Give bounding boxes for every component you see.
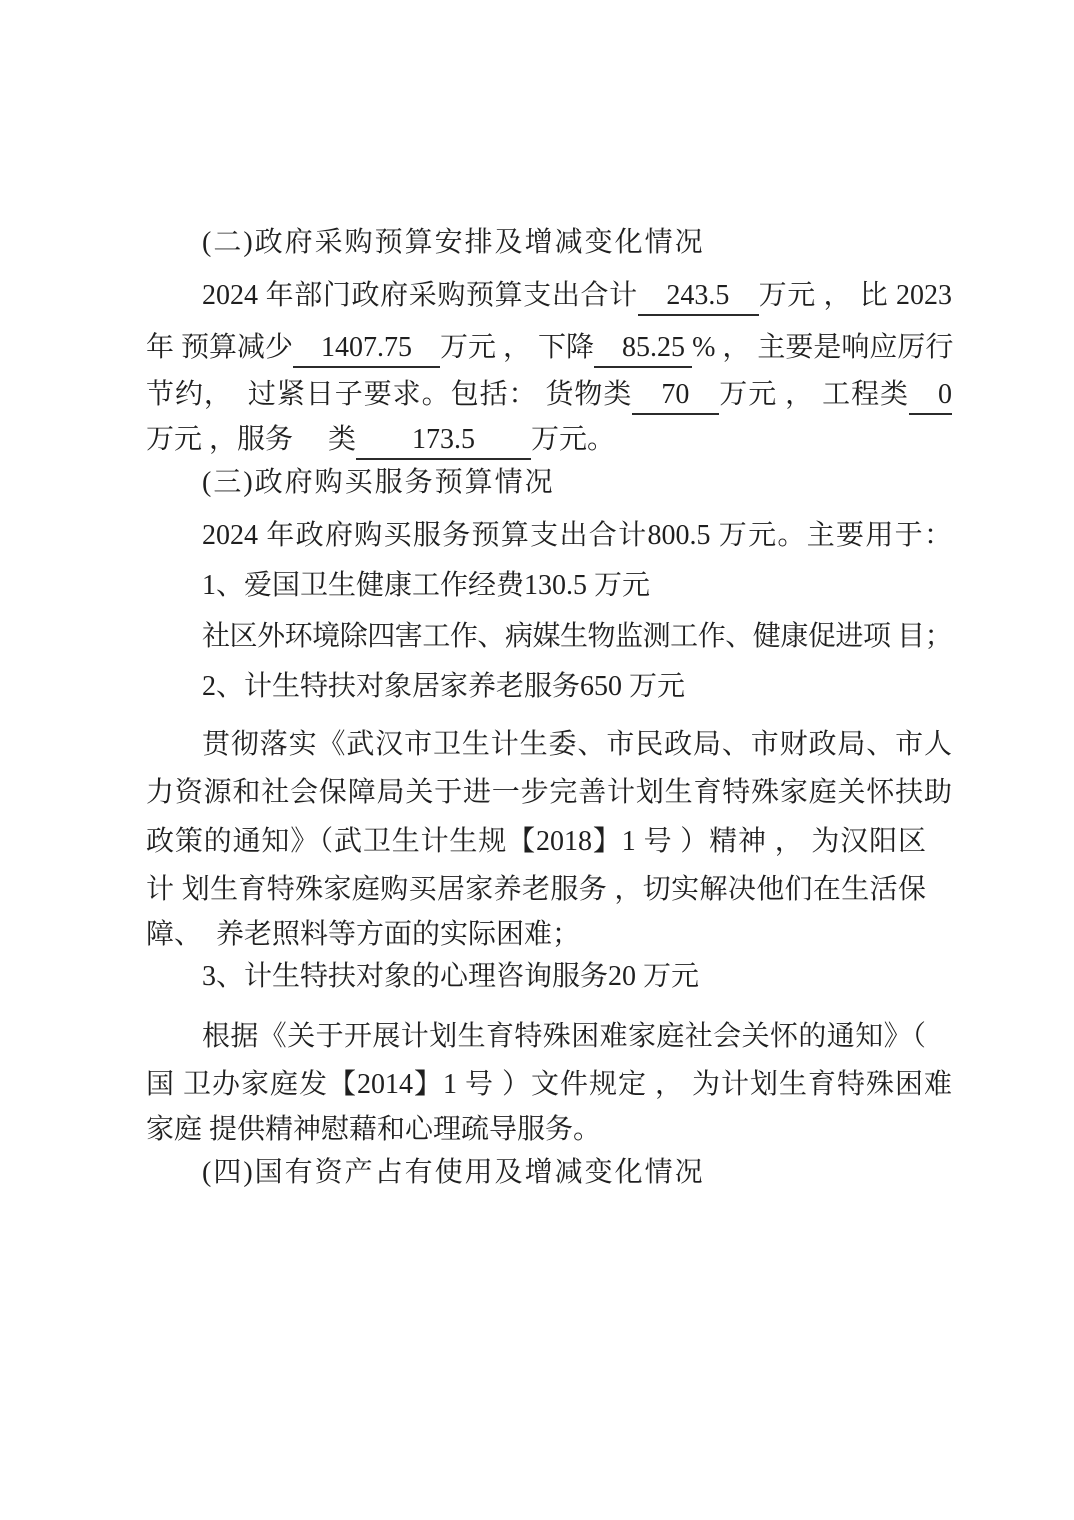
text-segment: 万元。: [531, 424, 615, 455]
text-segment: 万元 ，服务 类: [146, 424, 356, 455]
heading-text: (四)国有资产占有使用及增减变化情况: [202, 1157, 705, 1188]
document-page: (二)政府采购预算安排及增减变化情况 2024 年部门政府采购预算支出合计 24…: [0, 0, 1074, 1520]
list-item-2: 2、计生特扶对象居家养老服务650 万元: [146, 665, 952, 709]
paragraph-line-procurement-total: 2024 年部门政府采购预算支出合计 243.5 万元 ， 比 2023: [146, 274, 952, 318]
paragraph-line-services: 万元 ，服务 类 173.5 万元。: [146, 418, 952, 462]
paragraph-line-policy-3: 政策的通知》（武卫生计生规【2018】1 号 ）精神 ， 为汉阳区: [146, 820, 926, 864]
text-segment: 万元 ， 下降: [440, 332, 594, 363]
text-segment: 2、计生特扶对象居家养老服务650 万元: [202, 671, 685, 702]
underlined-value-procurement-total: 243.5: [638, 280, 759, 316]
text-segment: 2024 年政府购买服务预算支出合计800.5 万元。主要用于：: [202, 520, 952, 551]
heading-text: (三)政府购买服务预算情况: [202, 467, 555, 498]
text-segment: 家庭 提供精神慰藉和心理疏导服务。: [146, 1114, 601, 1145]
text-segment: 国 卫办家庭发【2014】1 号 ）文件规定 ， 为计划生育特殊困难: [146, 1069, 952, 1100]
text-segment: 节约， 过紧日子要求。包括： 货物类: [146, 379, 632, 410]
list-item-1: 1、爱国卫生健康工作经费130.5 万元: [146, 564, 952, 608]
text-segment: 3、计生特扶对象的心理咨询服务20 万元: [202, 961, 699, 992]
paragraph-line-policy-5: 障、 养老照料等方面的实际困难；: [146, 913, 952, 957]
underlined-value-engineering: 0: [909, 379, 952, 415]
section-heading-ii: (二)政府采购预算安排及增减变化情况: [146, 221, 952, 265]
paragraph-line-policy-1: 贯彻落实《武汉市卫生计生委、市民政局、市财政局、市人: [146, 723, 952, 767]
text-segment: 贯彻落实《武汉市卫生计生委、市民政局、市财政局、市人: [202, 729, 952, 760]
section-heading-iii: (三)政府购买服务预算情况: [146, 461, 952, 505]
paragraph-line-policy-4: 计 划生育特殊家庭购买居家养老服务 ，切实解决他们在生活保: [146, 868, 926, 912]
paragraph-line-goods-engineering: 节约， 过紧日子要求。包括： 货物类 70 万元 ， 工程类 0: [146, 373, 952, 417]
list-item-3: 3、计生特扶对象的心理咨询服务20 万元: [146, 955, 952, 999]
paragraph-line-notice-2: 国 卫办家庭发【2014】1 号 ）文件规定 ， 为计划生育特殊困难: [146, 1063, 952, 1107]
text-segment: 障、 养老照料等方面的实际困难；: [146, 919, 580, 950]
underlined-value-decrease-percent: 85.25: [594, 332, 692, 368]
text-segment: 政策的通知》（武卫生计生规【2018】1 号 ）精神 ， 为汉阳区: [146, 826, 926, 857]
section-heading-iv: (四)国有资产占有使用及增减变化情况: [146, 1151, 952, 1195]
paragraph-line-community-health: 社区外环境除四害工作、病媒生物监测工作、健康促进项 目；: [146, 615, 952, 659]
text-segment: 力资源和社会保障局关于进一步完善计划生育特殊家庭关怀扶助: [146, 777, 952, 808]
text-segment: 社区外环境除四害工作、病媒生物监测工作、健康促进项 目；: [202, 621, 952, 652]
text-segment: 万元 ， 比 2023: [759, 280, 952, 311]
paragraph-line-purchase-total: 2024 年政府购买服务预算支出合计800.5 万元。主要用于：: [146, 514, 952, 558]
paragraph-line-decrease: 年 预算减少 1407.75 万元 ， 下降 85.25 % ， 主要是响应厉行: [146, 326, 952, 370]
paragraph-line-notice-1: 根据《关于开展计划生育特殊困难家庭社会关怀的通知》（: [146, 1015, 926, 1059]
paragraph-line-policy-2: 力资源和社会保障局关于进一步完善计划生育特殊家庭关怀扶助: [146, 771, 952, 815]
text-segment: 万元 ， 工程类: [719, 379, 909, 410]
text-segment: 年 预算减少: [146, 332, 293, 363]
text-segment: 1、爱国卫生健康工作经费130.5 万元: [202, 570, 650, 601]
text-segment: 计 划生育特殊家庭购买居家养老服务 ，切实解决他们在生活保: [146, 874, 926, 905]
text-segment: 根据《关于开展计划生育特殊困难家庭社会关怀的通知》（: [202, 1021, 926, 1052]
heading-text: (二)政府采购预算安排及增减变化情况: [202, 227, 705, 258]
text-segment: 2024 年部门政府采购预算支出合计: [202, 280, 638, 311]
text-segment: % ， 主要是响应厉行: [692, 332, 953, 363]
underlined-value-goods: 70: [632, 379, 719, 415]
paragraph-line-notice-3: 家庭 提供精神慰藉和心理疏导服务。: [146, 1108, 952, 1152]
underlined-value-decrease-amount: 1407.75: [293, 332, 440, 368]
underlined-value-services: 173.5: [356, 424, 531, 460]
